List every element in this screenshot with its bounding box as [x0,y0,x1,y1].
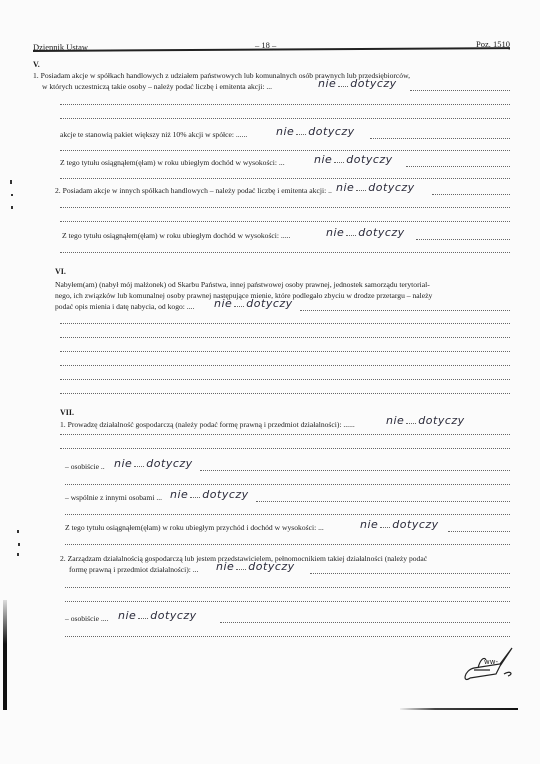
answer-line [200,470,510,471]
answer-vii-jointly: niedotyczy [170,488,249,501]
answer-vii-q2-personally: niedotyczy [118,609,197,622]
answer-v-q1: niedotyczy [318,77,397,90]
answer-line [60,379,510,380]
section-vii-q1-text: 1. Prowadzę działalność gospodarczą (nal… [60,420,355,429]
section-v-q2-text: 2. Posiadam akcje w innych spółkach hand… [55,186,332,195]
answer-vi: niedotyczy [214,297,293,310]
answer-line [65,636,510,637]
section-v-income-text: Z tego tytułu osiągnąłem(ęłam) w roku ub… [60,158,285,167]
svg-text:ww-: ww- [484,658,498,666]
answer-line [60,207,510,208]
answer-vii-q2: niedotyczy [216,560,295,573]
answer-line [65,544,510,545]
answer-vii-personally: niedotyczy [114,457,193,470]
answer-vii-q1: niedotyczy [386,414,465,427]
answer-line [432,194,510,195]
section-vii-title: VII. [60,408,74,417]
section-vii-q2-personally-text: – osobiście .... [65,614,108,623]
section-vii-jointly-text: – wspólnie z innymi osobami ... [65,493,162,502]
section-vi-text-cont2: podać opis mienia i datę nabycia, od kog… [55,302,194,311]
section-vii-personally-text: – osobiście .. [65,462,105,471]
answer-v-q2: niedotyczy [336,181,415,194]
scan-mark [17,553,19,556]
section-vii-income-text: Z tego tytułu osiągnąłem(ęłam) w roku ub… [65,523,324,532]
answer-line [60,323,510,324]
answer-line [60,351,510,352]
answer-v-income: niedotyczy [314,153,393,166]
answer-line [60,337,510,338]
answer-line [60,448,510,449]
section-vii-q2-text-cont: formę prawną i przedmiot działalności): … [69,565,198,574]
answer-line [60,434,510,435]
answer-line [416,239,510,240]
answer-line [370,138,510,139]
answer-line [310,573,510,574]
answer-line [65,601,510,602]
answer-line [406,166,510,167]
scan-edge [3,600,7,710]
answer-line [60,178,510,179]
section-vi-text: Nabyłem(am) (nabył mój małżonek) od Skar… [55,280,430,289]
answer-line [220,622,510,623]
answer-line [60,393,510,394]
answer-line [410,90,510,91]
answer-line [60,150,510,151]
scan-mark [11,194,13,196]
answer-line [60,252,510,253]
scan-mark [11,206,13,209]
scan-edge [400,708,518,710]
answer-v-packet: niedotyczy [276,125,355,138]
answer-line [60,365,510,366]
section-v-q2-income-text: Z tego tytułu osiągnąłem(ęłam) w roku ub… [62,231,290,240]
answer-v-q2-income: niedotyczy [326,226,405,239]
signature: ww- [460,640,520,690]
section-vi-title: VI. [55,267,66,276]
scan-mark [10,180,12,184]
answer-line [60,118,510,119]
answer-line [256,501,510,502]
scan-mark [17,530,19,533]
section-v-packet-text: akcje te stanowią pakiet większy niż 10%… [60,130,247,139]
answer-line [65,514,510,515]
answer-line [60,104,510,105]
answer-line [448,531,510,532]
section-v-q1-text-cont: w których uczestniczą takie osoby – nale… [42,82,272,91]
answer-vii-income: niedotyczy [360,518,439,531]
answer-line [60,221,510,222]
answer-line [300,310,510,311]
document-page: Dziennik Ustaw – 18 – Poz. 1510 V. 1. Po… [0,0,540,764]
section-v-title: V. [33,60,40,69]
answer-line [65,484,510,485]
answer-line [65,587,510,588]
scan-mark [18,543,20,546]
